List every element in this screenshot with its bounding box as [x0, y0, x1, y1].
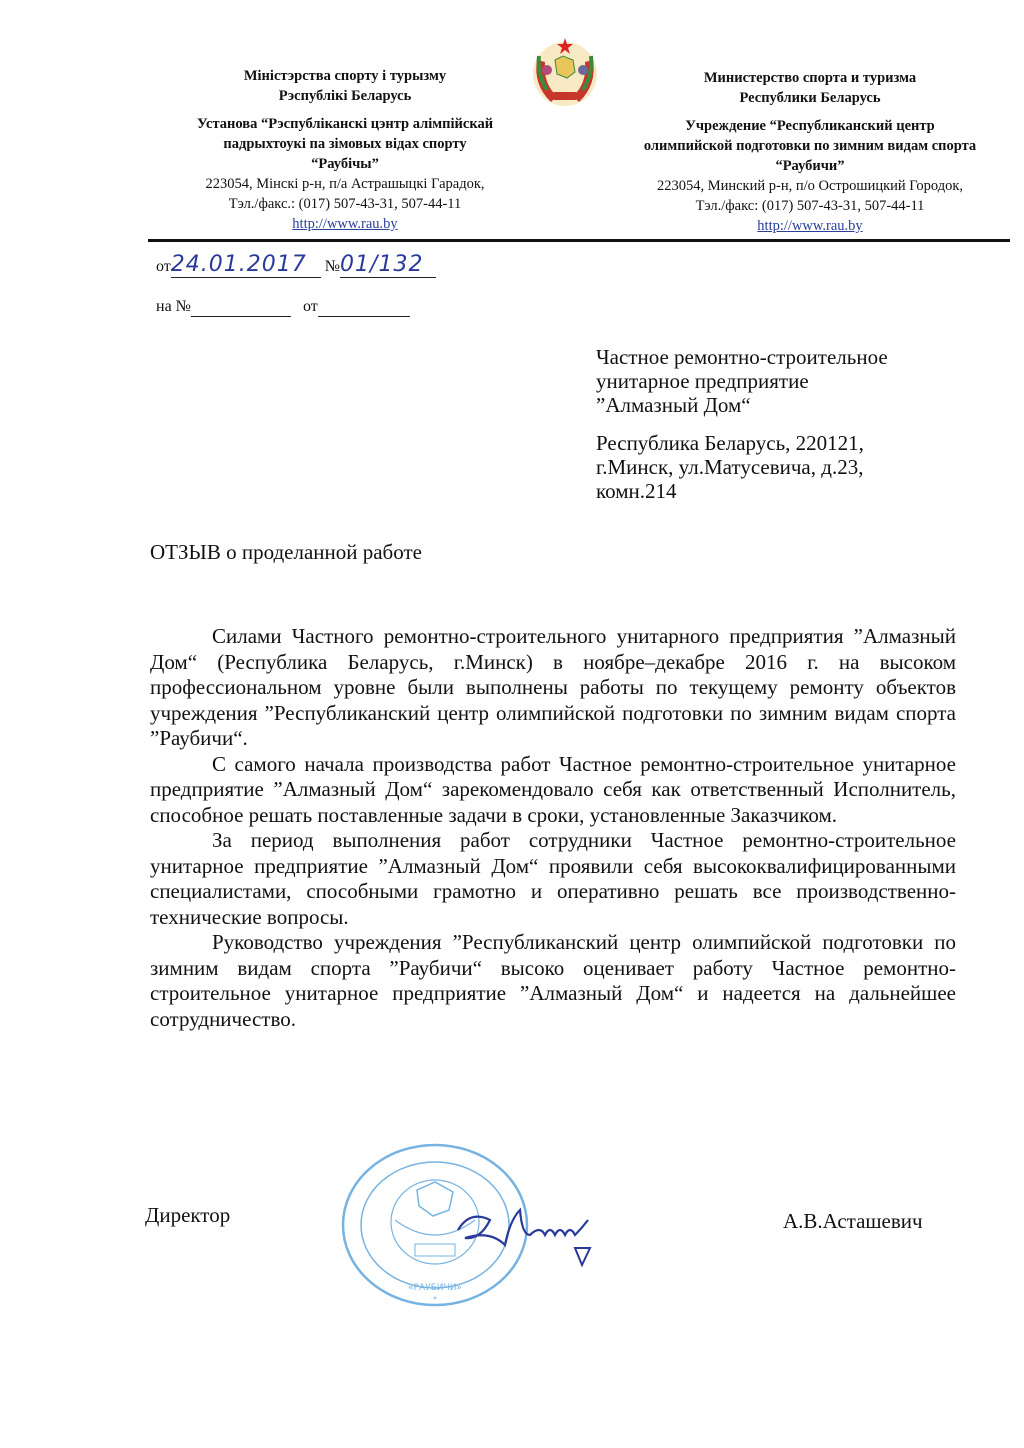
phone-be: Тэл./факс.: (017) 507-43-31, 507-44-11: [150, 194, 540, 214]
website-link-be[interactable]: http://www.rau.by: [292, 216, 397, 232]
address-ru: 223054, Минский р-н, п/о Острошицкий Гор…: [610, 176, 1010, 196]
document-title: ОТЗЫВ о проделанной работе: [150, 540, 422, 565]
org-name-be-3: “Раубічы”: [150, 154, 540, 174]
ministry-name-ru: Министерство спорта и туризма: [610, 68, 1010, 88]
header-left-belarusian: Міністэрства спорту і турызму Рэспублікі…: [150, 66, 540, 234]
org-name-ru-2: олимпийской подготовки по зимним видам с…: [610, 136, 1010, 156]
reply-line: на № от: [156, 298, 410, 317]
phone-ru: Тэл./факс: (017) 507-43-31, 507-44-11: [610, 196, 1010, 216]
header-right-russian: Министерство спорта и туризма Республики…: [610, 68, 1010, 236]
website-link-ru[interactable]: http://www.rau.by: [757, 218, 862, 234]
org-name-be-1: Установа “Рэспубліканскі цэнтр алімпійск…: [150, 114, 540, 134]
belarus-emblem-icon: [527, 30, 603, 110]
addressee-name-3: ”Алмазный Дом“: [596, 393, 751, 417]
registration-number: 01/132: [340, 252, 423, 277]
body-paragraph: Силами Частного ремонтно-строительного у…: [150, 624, 956, 752]
registration-date: 24.01.2017: [171, 252, 307, 277]
number-label: №: [325, 258, 340, 275]
org-name-ru-1: Учреждение “Республиканский центр: [610, 116, 1010, 136]
registration-line: от24.01.2017 №01/132: [156, 252, 436, 278]
ministry-country-be: Рэспублікі Беларусь: [150, 86, 540, 106]
director-signature-icon: [450, 1190, 620, 1270]
body-paragraph: С самого начала производства работ Частн…: [150, 752, 956, 829]
ministry-country-ru: Республики Беларусь: [610, 88, 1010, 108]
header-divider: [148, 239, 1010, 242]
svg-text:«РАУБИЧИ»: «РАУБИЧИ»: [408, 1283, 462, 1293]
address-be: 223054, Мінскі р-н, п/а Астрашыцкі Гарад…: [150, 174, 540, 194]
signatory-name: А.В.Асташевич: [783, 1209, 923, 1234]
addressee-block: Частное ремонтно-строительное унитарное …: [596, 345, 888, 517]
reply-from-label: от: [303, 298, 318, 315]
org-name-ru-3: “Раубичи”: [610, 156, 1010, 176]
org-name-be-2: падрыхтоукі па зімовых відах спорту: [150, 134, 540, 154]
addressee-address-3: комн.214: [596, 479, 677, 503]
addressee-address-2: г.Минск, ул.Матусевича, д.23,: [596, 455, 863, 479]
ministry-name-be: Міністэрства спорту і турызму: [150, 66, 540, 86]
from-label: от: [156, 258, 171, 275]
body-paragraph: Руководство учреждения ”Республиканский …: [150, 930, 956, 1032]
letter-body: Силами Частного ремонтно-строительного у…: [150, 624, 956, 1032]
signatory-role: Директор: [145, 1203, 230, 1228]
addressee-address-1: Республика Беларусь, 220121,: [596, 431, 864, 455]
addressee-name-1: Частное ремонтно-строительное: [596, 345, 888, 369]
body-paragraph: За период выполнения работ сотрудники Ча…: [150, 828, 956, 930]
addressee-name-2: унитарное предприятие: [596, 369, 809, 393]
reply-to-label: на №: [156, 298, 191, 315]
svg-text:*: *: [433, 1295, 437, 1304]
